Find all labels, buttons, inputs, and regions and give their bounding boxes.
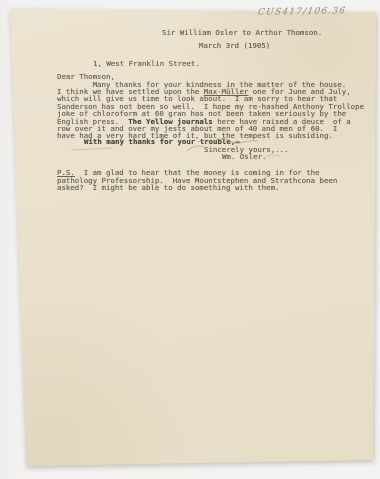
letter-date: March 3rd (1905)	[199, 42, 270, 49]
pencil-dash-left	[70, 146, 114, 152]
signature: Wm. Osler.	[222, 153, 267, 160]
pencil-mark-after-signature	[264, 152, 282, 160]
address-line: 1, West Franklin Street.	[93, 60, 200, 67]
pencil-tick-before-closing	[186, 143, 206, 152]
postscript-line: asked? I might be able to do something w…	[57, 184, 279, 191]
letter-heading: Sir William Osler to Arthur Thomson.	[162, 29, 322, 36]
archive-reference: CUS417/106.36	[257, 6, 347, 18]
